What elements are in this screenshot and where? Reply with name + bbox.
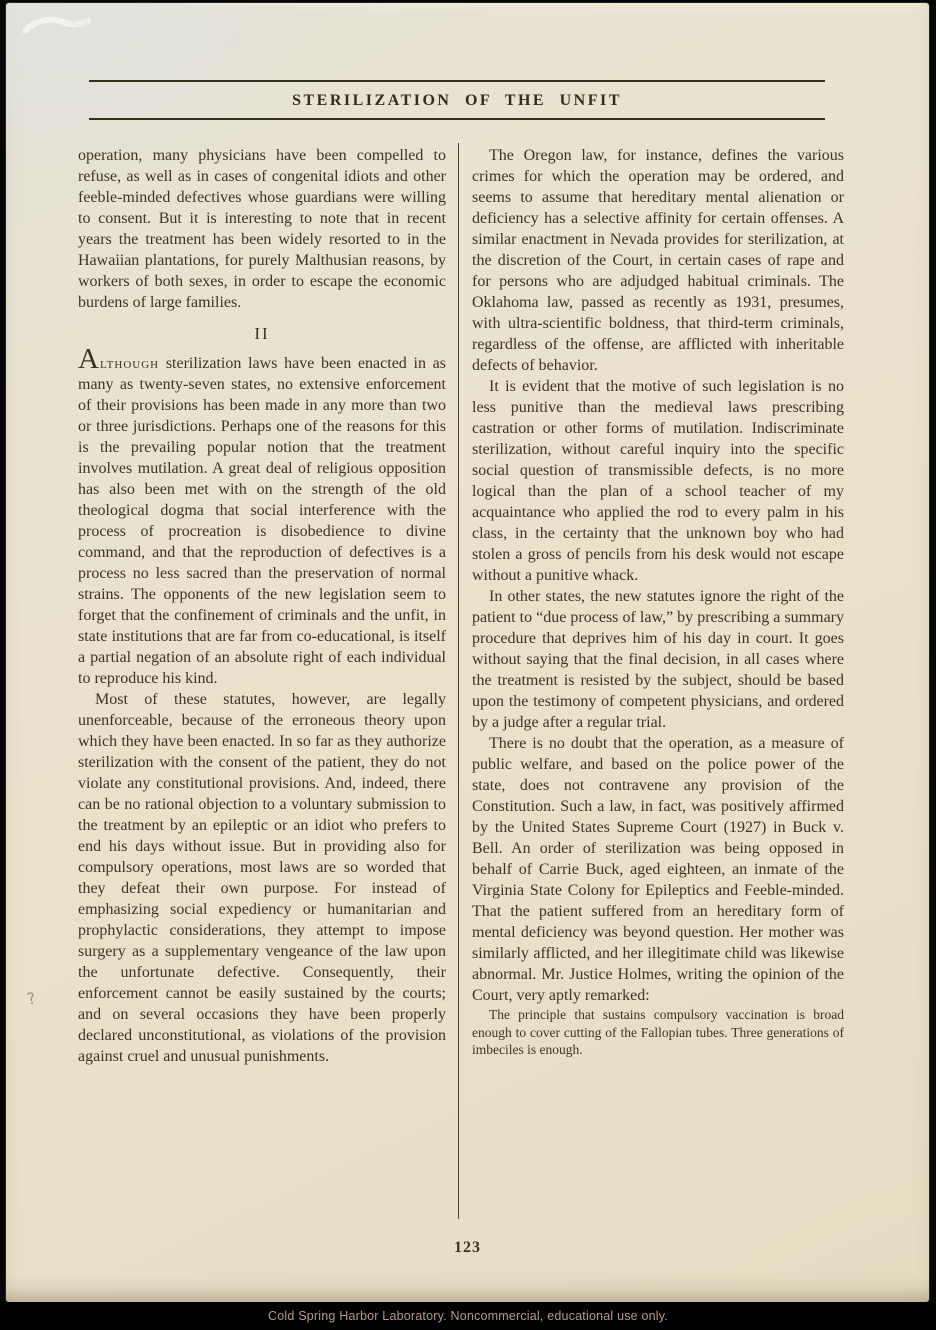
- paragraph-buck-v-bell: There is no doubt that the operation, as…: [472, 733, 844, 1006]
- paragraph-motive: It is evident that the motive of such le…: [472, 376, 844, 586]
- blockquote-holmes: The principle that sustains compulsory v…: [472, 1006, 844, 1059]
- paperclip-scan-artifact: [20, 13, 94, 39]
- section-heading: II: [78, 323, 446, 344]
- article-title: STERILIZATION OF THE UNFIT: [89, 82, 825, 118]
- article-header: STERILIZATION OF THE UNFIT: [89, 80, 825, 120]
- footer-credit-text: Cold Spring Harbor Laboratory. Noncommer…: [268, 1309, 668, 1323]
- page-scan: STERILIZATION OF THE UNFIT operation, ma…: [6, 3, 929, 1302]
- column-divider-rule: [458, 143, 459, 1219]
- paragraph-continued: operation, many physicians have been com…: [78, 145, 446, 313]
- initial-capital: A: [78, 343, 100, 375]
- paragraph-oregon-law: The Oregon law, for instance, defines th…: [472, 145, 844, 376]
- paragraph-text: sterilization laws have been enacted in …: [78, 355, 446, 687]
- page-number: 123: [6, 1239, 929, 1257]
- paragraph-due-process: In other states, the new statutes ignore…: [472, 586, 844, 733]
- header-rule-bottom: [89, 118, 825, 120]
- scanned-page-view: STERILIZATION OF THE UNFIT operation, ma…: [0, 0, 936, 1330]
- column-left: operation, many physicians have been com…: [78, 145, 446, 1067]
- paragraph-statutes: Most of these statutes, however, are leg…: [78, 689, 446, 1067]
- paragraph-although: Although sterilization laws have been en…: [78, 353, 446, 689]
- footer-credit-bar: Cold Spring Harbor Laboratory. Noncommer…: [0, 1302, 936, 1330]
- column-right: The Oregon law, for instance, defines th…: [472, 145, 844, 1067]
- pencil-margin-mark: ?: [25, 988, 38, 1008]
- small-caps-word: lthough: [100, 355, 159, 372]
- article-body: operation, many physicians have been com…: [78, 145, 844, 1067]
